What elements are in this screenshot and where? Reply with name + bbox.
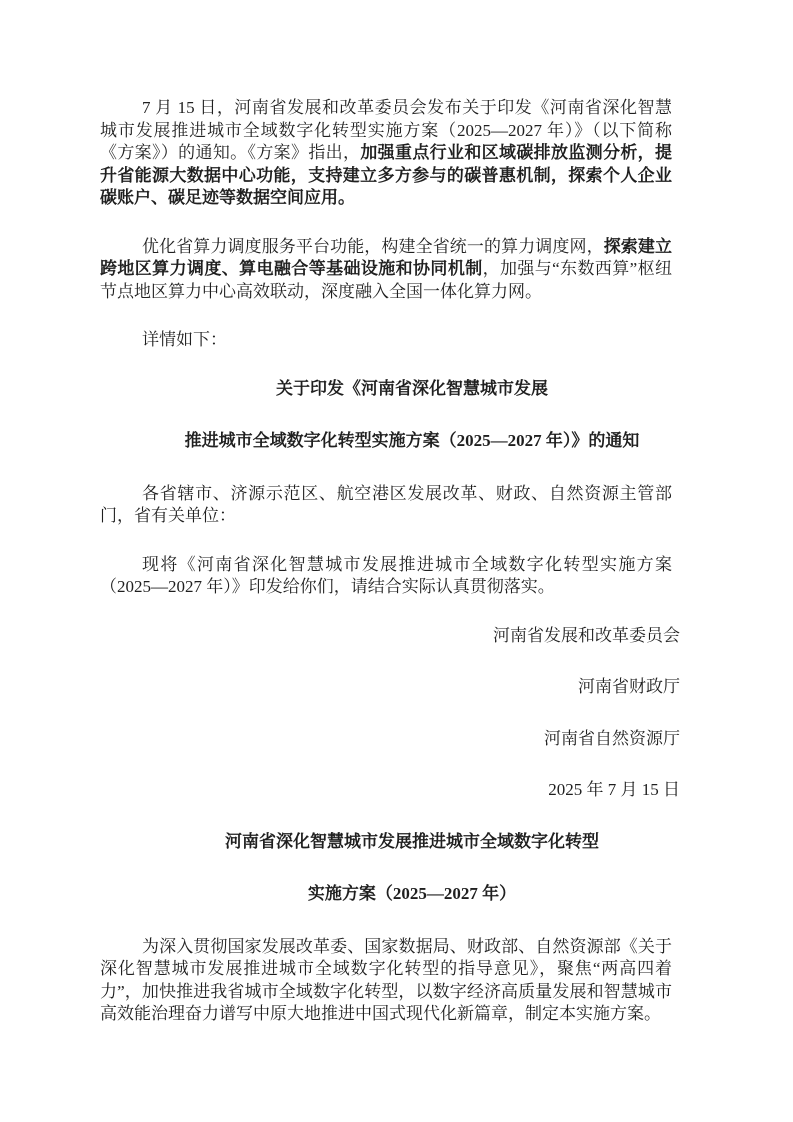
signature-line: 河南省财政厅	[100, 676, 680, 699]
bold-text-run: 河南省深化智慧城市发展推进城市全域数字化转型	[225, 832, 599, 851]
signature-line: 2025 年 7 月 15 日	[100, 779, 680, 802]
text-run: 河南省自然资源厅	[544, 729, 680, 748]
text-run: 各省辖市、济源示范区、航空港区发展改革、财政、自然资源主管部门，省有关单位：	[100, 484, 672, 526]
heading-line: 河南省深化智慧城市发展推进城市全域数字化转型	[100, 831, 672, 854]
text-run: 现将《河南省深化智慧城市发展推进城市全域数字化转型实施方案（2025—2027 …	[100, 555, 672, 597]
paragraph: 各省辖市、济源示范区、航空港区发展改革、财政、自然资源主管部门，省有关单位：	[100, 483, 672, 528]
bold-text-run: 推进城市全域数字化转型实施方案（2025—2027 年）》的通知	[185, 431, 640, 450]
paragraph: 详情如下：	[100, 329, 672, 352]
text-run: 详情如下：	[142, 330, 227, 349]
heading-line: 推进城市全域数字化转型实施方案（2025—2027 年）》的通知	[100, 430, 672, 453]
bold-text-run: 实施方案（2025—2027 年）	[308, 884, 516, 903]
document-page: 7 月 15 日，河南省发展和改革委员会发布关于印发《河南省深化智慧城市发展推进…	[0, 0, 793, 1122]
document-body: 7 月 15 日，河南省发展和改革委员会发布关于印发《河南省深化智慧城市发展推进…	[0, 0, 793, 1026]
paragraph: 优化省算力调度服务平台功能，构建全省统一的算力调度网，探索建立跨地区算力调度、算…	[100, 236, 672, 304]
paragraph: 为深入贯彻国家发展改革委、国家数据局、财政部、自然资源部《关于深化智慧城市发展推…	[100, 936, 672, 1026]
text-run: 河南省发展和改革委员会	[493, 626, 680, 645]
heading-line: 关于印发《河南省深化智慧城市发展	[100, 378, 672, 401]
signature-line: 河南省自然资源厅	[100, 728, 680, 751]
paragraph: 现将《河南省深化智慧城市发展推进城市全域数字化转型实施方案（2025—2027 …	[100, 554, 672, 599]
text-run: 为深入贯彻国家发展改革委、国家数据局、财政部、自然资源部《关于深化智慧城市发展推…	[100, 937, 672, 1024]
paragraph: 7 月 15 日，河南省发展和改革委员会发布关于印发《河南省深化智慧城市发展推进…	[100, 97, 672, 210]
text-run: 2025 年 7 月 15 日	[548, 780, 680, 799]
text-run: 优化省算力调度服务平台功能，构建全省统一的算力调度网，	[142, 237, 604, 256]
signature-line: 河南省发展和改革委员会	[100, 625, 680, 648]
text-run: 河南省财政厅	[578, 677, 680, 696]
heading-line: 实施方案（2025—2027 年）	[100, 883, 672, 906]
bold-text-run: 关于印发《河南省深化智慧城市发展	[276, 379, 548, 398]
